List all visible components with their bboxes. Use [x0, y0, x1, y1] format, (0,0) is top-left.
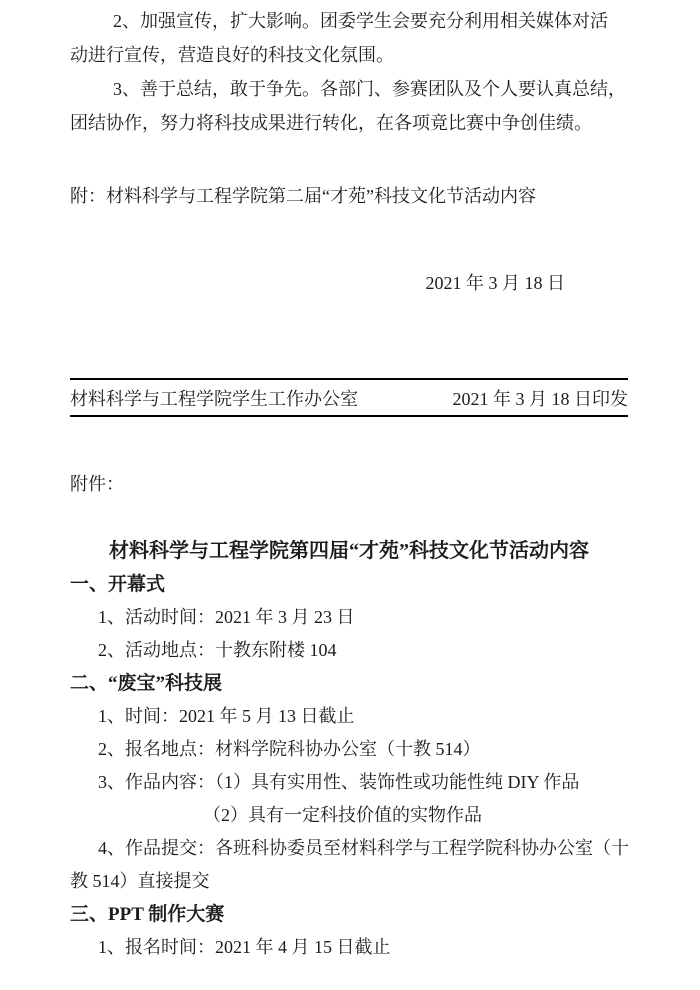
appendix-line: 1、活动时间：2021 年 3 月 23 日 [70, 601, 628, 634]
appendix-body: 一、开幕式 1、活动时间：2021 年 3 月 23 日 2、活动地点：十教东附… [70, 568, 628, 964]
document-date: 2021 年 3 月 18 日 [70, 266, 628, 300]
appendix-line: 2、活动地点：十教东附楼 104 [70, 634, 628, 667]
issuer-bar: 材料科学与工程学院学生工作办公室 2021 年 3 月 18 日印发 [70, 378, 628, 417]
intro-paragraph-line: 2、加强宣传，扩大影响。团委学生会要充分利用相关媒体对活 [70, 4, 628, 38]
appendix-label: 附件： [70, 467, 628, 501]
intro-paragraph-line: 动进行宣传，营造良好的科技文化氛围。 [70, 38, 628, 72]
intro-paragraph-line: 3、善于总结，敢于争先。各部门、参赛团队及个人要认真总结， [70, 72, 628, 106]
appendix-line: 3、作品内容：（1）具有实用性、装饰性或功能性纯 DIY 作品 [70, 766, 628, 799]
appendix-section-heading: 一、开幕式 [70, 568, 628, 601]
appendix-section-heading: 二、“废宝”科技展 [70, 667, 628, 700]
attachment-note: 附：材料科学与工程学院第二届“才苑”科技文化节活动内容 [70, 179, 628, 213]
intro-paragraphs: 2、加强宣传，扩大影响。团委学生会要充分利用相关媒体对活 动进行宣传，营造良好的… [70, 4, 628, 140]
appendix-title: 材料科学与工程学院第四届“才苑”科技文化节活动内容 [70, 534, 628, 568]
appendix-line: 2、报名地点：材料学院科协办公室（十教 514） [70, 733, 628, 766]
issuer-office: 材料科学与工程学院学生工作办公室 [70, 385, 358, 411]
appendix-line: 4、作品提交：各班科协委员至材料科学与工程学院科协办公室（十 [70, 832, 628, 865]
appendix-line: 1、时间：2021 年 5 月 13 日截止 [70, 700, 628, 733]
intro-paragraph-line: 团结协作，努力将科技成果进行转化，在各项竟比赛中争创佳绩。 [70, 106, 628, 140]
appendix-line: 教 514）直接提交 [70, 865, 628, 898]
print-date: 2021 年 3 月 18 日印发 [453, 385, 629, 411]
appendix-line: 1、报名时间：2021 年 4 月 15 日截止 [70, 931, 628, 964]
appendix-line: （2）具有一定科技价值的实物作品 [70, 799, 628, 832]
appendix-section-heading: 三、PPT 制作大赛 [70, 898, 628, 931]
document-page: 2、加强宣传，扩大影响。团委学生会要充分利用相关媒体对活 动进行宣传，营造良好的… [0, 0, 700, 990]
